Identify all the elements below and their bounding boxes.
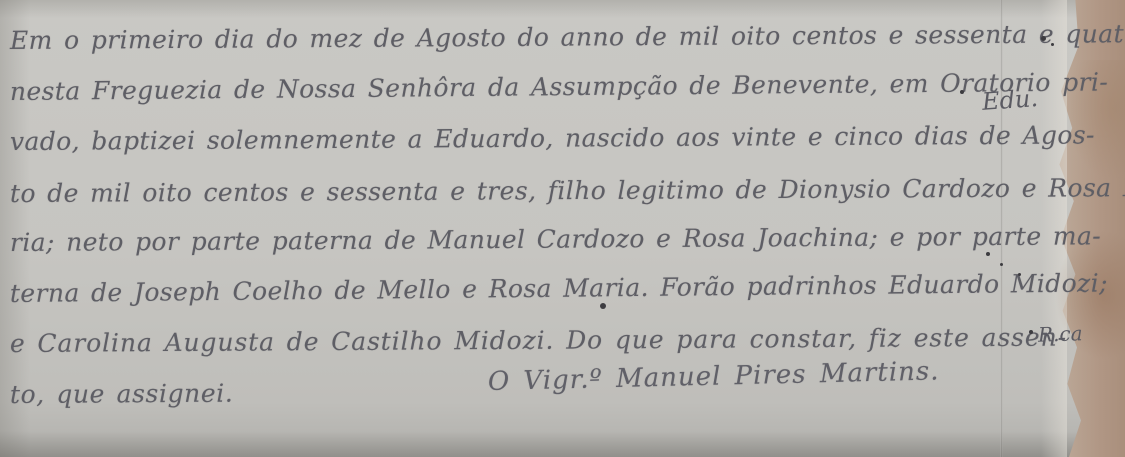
text-line: to de mil oito centos e sessenta e tres,… [10, 173, 1055, 229]
margin-note-name: Edu. [981, 84, 1039, 116]
ink-dot [1000, 263, 1003, 266]
ink-dot [600, 303, 606, 309]
paper-shading-bottom [0, 431, 1125, 457]
text-line: Em o primeiro dia do mez de Agosto do an… [10, 20, 1055, 77]
ink-dot [1029, 330, 1033, 334]
ink-dot [986, 252, 990, 256]
ink-dot [960, 90, 964, 94]
text-line: nesta Freguezia de Nossa Senhôra da Assu… [10, 67, 1055, 127]
handwritten-text-block: Em o primeiro dia do mez de Agosto do an… [10, 26, 1055, 430]
closing-text: to, que assignei. [10, 378, 234, 408]
margin-note-side: R.ca [1038, 321, 1083, 347]
text-line-last: to, que assignei. O Vigr.º Manuel Pires … [10, 373, 1055, 430]
paper-shading-top [0, 0, 1125, 18]
text-line: terna de Joseph Coelho de Mello e Rosa M… [10, 268, 1055, 329]
ink-dot [1018, 273, 1021, 276]
document-scan: Em o primeiro dia do mez de Agosto do an… [0, 0, 1125, 457]
text-line: vado, baptizei solemnemente a Eduardo, n… [10, 121, 1055, 178]
ink-dot [1051, 43, 1054, 46]
ink-dot [1041, 36, 1046, 41]
